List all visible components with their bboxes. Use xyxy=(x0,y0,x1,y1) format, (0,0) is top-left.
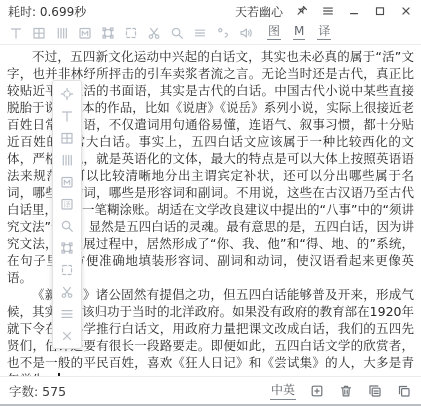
table-icon[interactable] xyxy=(59,129,76,146)
speaker-icon[interactable] xyxy=(237,24,254,41)
main-toolbar: 图M译 xyxy=(0,21,421,45)
word-count-label: 字数: 575 xyxy=(9,382,66,400)
select-area-icon[interactable] xyxy=(59,239,76,256)
elapsed-time-label: 耗时: 0.699秒 xyxy=(8,3,86,20)
pinyin-icon[interactable] xyxy=(214,24,231,41)
m-box-icon[interactable] xyxy=(59,173,76,190)
columns-icon[interactable] xyxy=(53,24,70,41)
svg-text:译: 译 xyxy=(63,199,71,208)
select-area-icon[interactable] xyxy=(99,24,116,41)
m-text-button[interactable]: M xyxy=(293,25,305,40)
statusbar: 字数: 575 中英 xyxy=(0,376,421,404)
note-list-icon[interactable] xyxy=(366,382,383,399)
text-icon[interactable] xyxy=(59,107,76,124)
m-box-icon[interactable] xyxy=(76,24,93,41)
translate-text-button[interactable]: 译 xyxy=(317,25,331,40)
drag-handle-icon[interactable] xyxy=(59,85,76,102)
line-spacing-icon[interactable] xyxy=(191,24,208,41)
lang-toggle-button[interactable]: 中英 xyxy=(270,381,296,400)
app-window: 耗时: 0.699秒 天若幽心 图M译 不过，五四新文化运动中兴起的白话文，其实… xyxy=(0,0,421,406)
search-icon[interactable] xyxy=(168,24,185,41)
menu-icon[interactable] xyxy=(320,4,335,19)
copy-icon[interactable] xyxy=(395,382,412,399)
search-icon[interactable] xyxy=(59,217,76,234)
image-text-button[interactable]: 图 xyxy=(267,25,281,40)
columns-icon[interactable] xyxy=(59,151,76,168)
translate-box-icon[interactable]: 译 xyxy=(59,195,76,212)
dashed-box-icon[interactable] xyxy=(122,24,139,41)
text-icon[interactable] xyxy=(7,24,24,41)
dashed-box-icon[interactable] xyxy=(59,261,76,278)
maximize-icon[interactable] xyxy=(372,4,387,19)
titlebar: 耗时: 0.699秒 天若幽心 xyxy=(0,0,421,21)
floating-toolbar: 译 xyxy=(52,80,82,349)
pin-icon[interactable] xyxy=(294,4,309,19)
scissors-icon[interactable] xyxy=(59,283,76,300)
app-name: 天若幽心 xyxy=(235,3,283,20)
menu-icon[interactable] xyxy=(59,305,76,322)
minimize-icon[interactable] xyxy=(346,4,361,19)
add-note-icon[interactable] xyxy=(308,382,325,399)
close-icon[interactable] xyxy=(398,4,413,19)
trash-icon[interactable] xyxy=(337,382,354,399)
scissors-icon[interactable] xyxy=(145,24,162,41)
close-icon[interactable] xyxy=(59,327,76,344)
table-icon[interactable] xyxy=(30,24,47,41)
